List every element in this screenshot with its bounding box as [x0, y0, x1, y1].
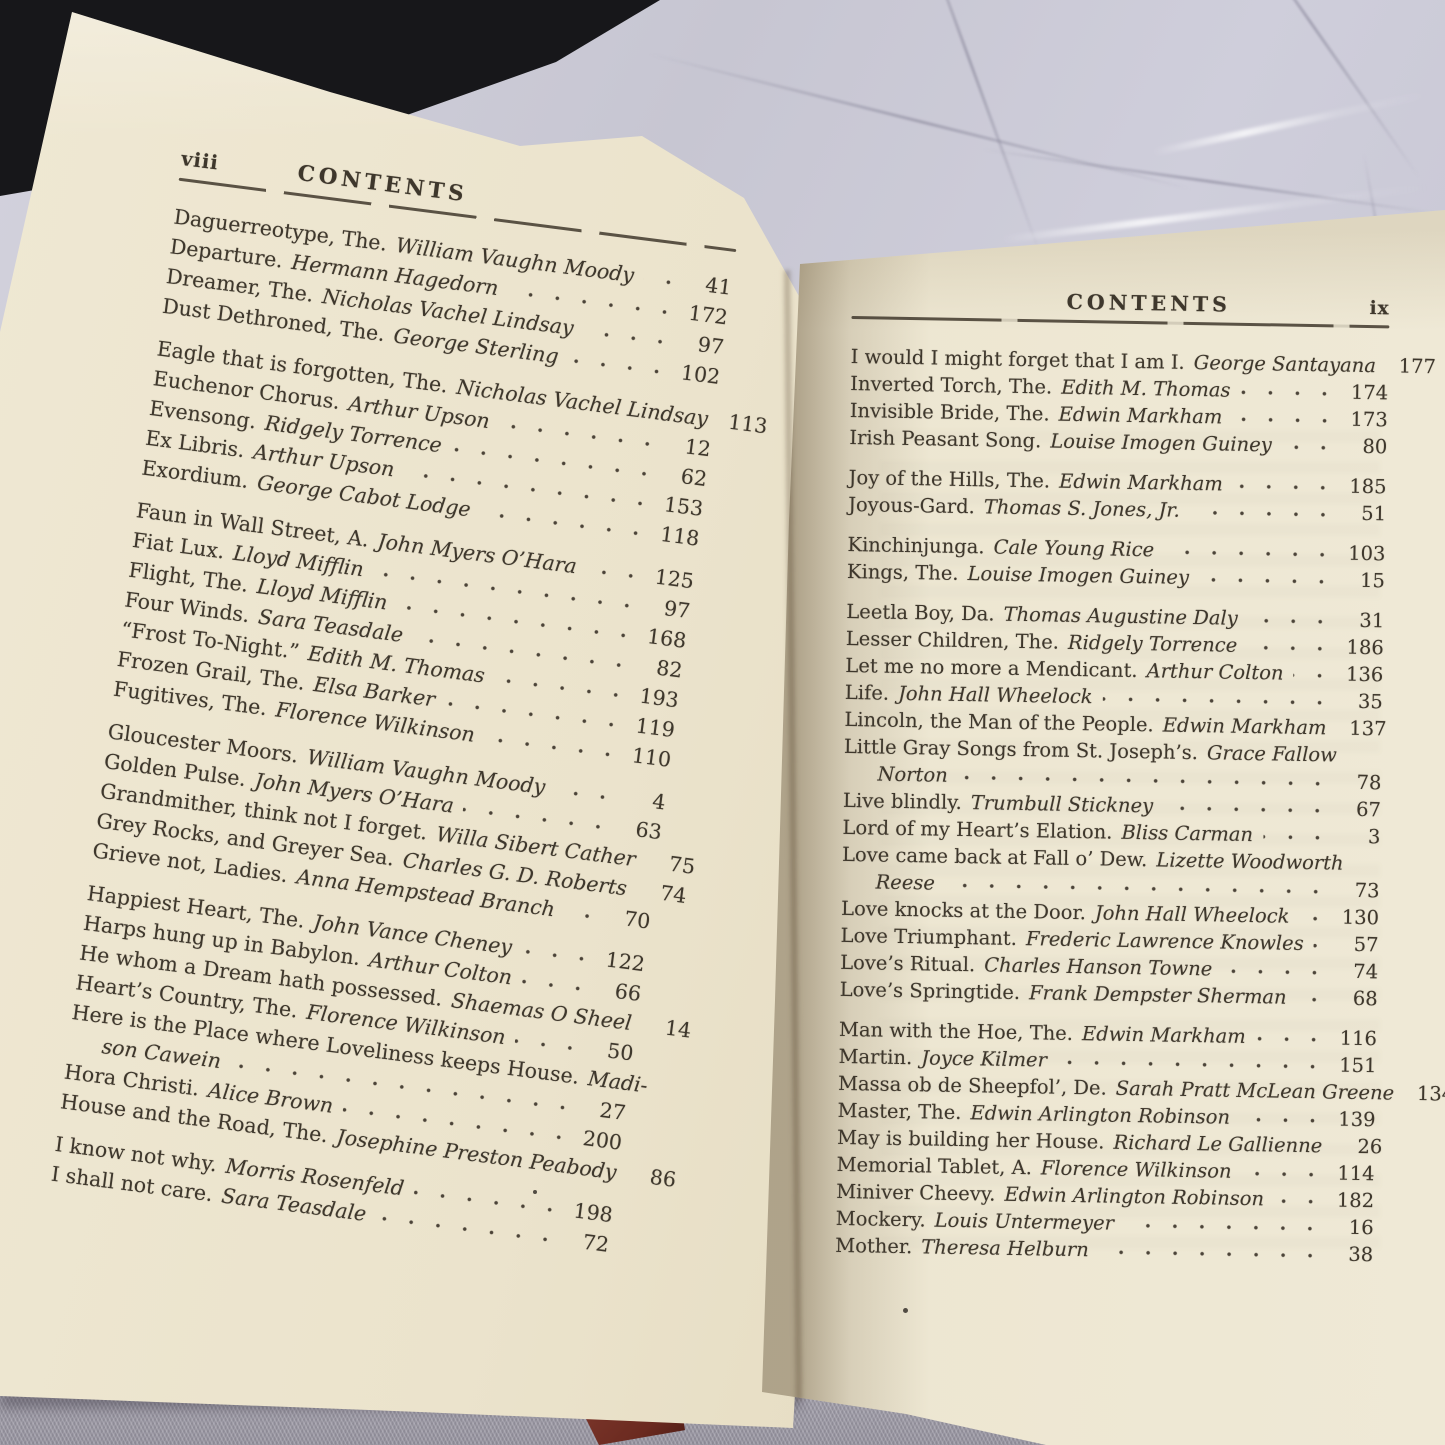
entry-author: Florence Wilkinson	[1041, 1156, 1232, 1182]
entry-author: Reese	[875, 870, 935, 894]
entry-author: George Santayana	[1194, 350, 1377, 376]
entry-author: Edwin Markham	[1058, 402, 1222, 428]
dot-leader	[1282, 437, 1338, 457]
book-photo-scene: viii CONTENTS Daguerreotype, The.William…	[0, 0, 1445, 1445]
entry-page-number: 74	[639, 878, 688, 908]
entry-page-number: 15	[1339, 568, 1385, 592]
entry-title: Love Triumphant.	[840, 923, 1017, 949]
entry-title: Man with the Hoe, The.	[839, 1017, 1073, 1044]
entry-author: Arthur Colton	[1146, 659, 1283, 684]
entry-author: Theresa Helburn	[921, 1235, 1089, 1261]
dot-leader	[958, 767, 1332, 793]
entry-author: Ridgely Torrence	[1068, 630, 1238, 656]
entry-title: Let me no more a Mendicant.	[845, 653, 1138, 681]
entry-page-number: 185	[1340, 474, 1386, 498]
entry-page-number: 72	[562, 1227, 611, 1257]
dot-leader	[1240, 382, 1338, 403]
entry-author: Thomas S. Jones, Jr.	[984, 495, 1180, 521]
entry-title: Memorial Tablet, A.	[836, 1152, 1032, 1178]
entry-page-number: 82	[635, 652, 684, 682]
dot-leader	[635, 882, 638, 902]
entry-title: Love’s Springtide.	[840, 977, 1021, 1003]
dot-leader	[520, 971, 592, 1000]
entry-title: Lord of my Heart’s Elation.	[842, 815, 1112, 843]
entry-title: Master, The.	[837, 1098, 961, 1123]
entry-page-number: 193	[631, 682, 680, 712]
dot-leader	[553, 781, 616, 809]
entry-title: Invisible Bride, The.	[850, 398, 1050, 424]
entry-title: Live blindly.	[843, 788, 962, 813]
right-page-lines: I would I might forget that I am I.Georg…	[835, 344, 1389, 1269]
entry-page-number: 66	[594, 976, 643, 1006]
right-page-text: CONTENTS ix I would I might forget that …	[835, 286, 1390, 1270]
entry-author: Frank Dempster Sherman	[1029, 981, 1287, 1008]
entry-page-number: 80	[1341, 434, 1387, 458]
entry-page-number: 12	[664, 431, 713, 461]
entry-title: Life.	[845, 680, 890, 704]
dot-leader	[945, 875, 1330, 901]
dot-leader	[642, 269, 683, 294]
entry-page-number: 173	[1342, 407, 1388, 431]
entry-title: Lincoln, the Man of the People.	[844, 707, 1154, 735]
dot-leader	[520, 941, 596, 971]
entry-page-number: 151	[1330, 1053, 1376, 1077]
entry-title: Miniver Cheevy.	[836, 1179, 996, 1205]
entry-title: Love knocks at the Door.	[841, 896, 1086, 923]
entry-page-number: 75	[648, 849, 697, 879]
entry-page-number: 130	[1333, 905, 1379, 929]
entry-page-number: 116	[1331, 1026, 1377, 1050]
entry-author: Edwin Arlington Robinson	[1004, 1182, 1264, 1210]
entry-page-number: 182	[1328, 1188, 1374, 1212]
entry-title: Leetla Boy, Da.	[846, 599, 995, 625]
entry-title: Kings, The.	[847, 559, 959, 584]
entry-page-number: 35	[1337, 689, 1383, 713]
entry-page-number: 168	[639, 623, 688, 653]
entry-author: Trumbull Stickney	[971, 791, 1154, 817]
entry-title: I would I might forget that I am I.	[851, 344, 1185, 373]
entry-author: Edwin Markham	[1163, 713, 1327, 739]
entry-page-number: 200	[575, 1125, 624, 1155]
dot-leader	[1199, 569, 1335, 591]
entry-title: Mother.	[835, 1233, 912, 1257]
toc-section-J: Joy of the Hills, The.Edwin Markham185Jo…	[848, 465, 1387, 528]
entry-author: Edwin Arlington Robinson	[970, 1101, 1230, 1129]
entry-title: Love’s Ritual.	[840, 950, 975, 975]
entry-page-number: 137	[1340, 716, 1386, 740]
dot-leader	[514, 1031, 585, 1060]
entry-page-number: 3	[1334, 824, 1380, 848]
entry-page-number: 73	[1333, 878, 1379, 902]
dot-leader	[1232, 409, 1338, 430]
entry-title: Massa ob de Sheepfol’, De.	[838, 1071, 1107, 1099]
entry-title: Joy of the Hills, The.	[848, 465, 1050, 492]
entry-page-number: 16	[1327, 1215, 1373, 1239]
entry-author: Edwin Markham	[1059, 469, 1223, 495]
entry-page-number: 139	[1329, 1107, 1375, 1131]
dot-leader	[1164, 542, 1336, 564]
entry-page-number: 97	[677, 329, 726, 359]
entry-author: Grace Fallow	[1207, 741, 1337, 766]
entry-page-number: 38	[1327, 1242, 1373, 1266]
entry-page-number: 67	[1335, 797, 1381, 821]
entry-page-number: 70	[603, 903, 652, 933]
entry-author: Louis Untermeyer	[934, 1208, 1114, 1234]
dot-leader	[1256, 1028, 1328, 1049]
entry-page-number: 51	[1340, 501, 1386, 525]
toc-section-K: Kinchinjunga.Cale Young Rice103Kings, Th…	[847, 532, 1386, 595]
entry-author: Frederic Lawrence Knowles	[1026, 927, 1304, 955]
entry-title: Martin.	[838, 1044, 912, 1068]
dust-speck	[903, 1308, 908, 1313]
entry-page-number: 119	[628, 712, 677, 742]
entry-page-number: 125	[647, 563, 696, 593]
entry-page-number: 41	[684, 270, 733, 300]
entry-title: Little Gray Songs from St. Joseph’s.	[844, 734, 1198, 763]
entry-author: Louise Imogen Guiney	[1050, 429, 1272, 456]
entry-page-number: 102	[673, 359, 722, 389]
entry-page-number: 4	[618, 784, 667, 814]
entry-page-number: 198	[566, 1197, 615, 1227]
dot-leader	[1099, 1242, 1324, 1265]
entry-title: Love came back at Fall o’ Dew.	[842, 842, 1148, 870]
entry-author: Norton	[877, 762, 948, 786]
dot-leader	[644, 853, 647, 873]
entry-page-number: 50	[586, 1035, 635, 1065]
dot-leader	[1057, 1052, 1327, 1076]
entry-author: Thomas Augustine Daly	[1003, 602, 1238, 629]
dust-speck	[533, 1190, 537, 1194]
entry-author: Cale Young Rice	[993, 535, 1154, 561]
entry-author: John Hall Wheelock	[898, 681, 1093, 707]
entry-author: Louise Imogen Guiney	[967, 562, 1189, 589]
entry-author: Edith M. Thomas	[1061, 375, 1231, 401]
dot-leader	[1299, 908, 1329, 928]
entry-page-number: 63	[615, 814, 664, 844]
entry-page-number: 74	[1332, 959, 1378, 983]
dot-leader	[1102, 689, 1333, 713]
dot-leader	[585, 560, 645, 588]
entry-page-number: 114	[1328, 1161, 1374, 1185]
dot-leader	[1296, 989, 1327, 1009]
entry-page-number: 27	[579, 1095, 628, 1125]
toc-section-I: I would I might forget that I am I.Georg…	[849, 344, 1389, 461]
entry-author: John Hall Wheelock	[1095, 901, 1290, 927]
entry-page-number: 97	[643, 593, 692, 623]
right-contents-title: CONTENTS	[1066, 290, 1231, 317]
entry-author: Joyce Kilmer	[921, 1046, 1047, 1071]
entry-title: Kinchinjunga.	[847, 532, 984, 557]
dot-leader	[1233, 476, 1337, 497]
dot-leader	[1274, 1191, 1324, 1211]
entry-page-number: 186	[1338, 635, 1384, 659]
dot-leader	[1263, 827, 1331, 848]
entry-page-number: 174	[1342, 380, 1388, 404]
entry-author: Richard Le Gallienne	[1113, 1130, 1322, 1157]
entry-author: Bliss Carman	[1121, 820, 1253, 845]
dot-leader	[1314, 935, 1329, 955]
entry-page-number: 31	[1338, 608, 1384, 632]
entry-title: Joyous-Gard.	[848, 492, 975, 517]
dot-leader	[1222, 961, 1328, 982]
entry-page-number: 103	[1339, 541, 1385, 565]
dot-leader	[1240, 1109, 1326, 1130]
entry-author: Sarah Pratt McLean Greene	[1116, 1076, 1395, 1104]
dot-leader	[1293, 665, 1333, 685]
entry-page-number: 68	[1331, 986, 1377, 1010]
entry-page-number: 122	[598, 946, 647, 976]
entry-title: Irish Peasant Song.	[849, 425, 1041, 451]
entry-page-number: 110	[624, 742, 673, 772]
entry-title: Inverted Torch, The.	[850, 371, 1052, 398]
entry-page-number: 57	[1332, 932, 1378, 956]
entry-page-number: 134	[1408, 1081, 1445, 1105]
entry-title: May is building her House.	[837, 1125, 1105, 1153]
dot-leader	[1247, 637, 1334, 658]
entry-title: Mockery.	[836, 1206, 926, 1231]
toc-section-L: Leetla Boy, Da.Thomas Augustine Daly31Le…	[839, 599, 1384, 1013]
entry-page-number: 153	[656, 491, 705, 521]
dot-leader	[1124, 1215, 1324, 1238]
dot-leader	[563, 903, 601, 928]
dot-leader	[1190, 502, 1337, 524]
toc-section-M: Man with the Hoe, The.Edwin Markham116Ma…	[835, 1017, 1377, 1269]
entry-author: Lizette Woodworth	[1156, 848, 1344, 874]
entry-author: Edwin Markham	[1082, 1022, 1246, 1048]
entry-page-number: 62	[660, 461, 709, 491]
right-folio: ix	[1231, 296, 1390, 320]
dot-leader	[1163, 798, 1331, 820]
entry-page-number: 26	[1336, 1134, 1382, 1158]
dot-leader	[1241, 1163, 1324, 1184]
entry-page-number: 78	[1335, 770, 1381, 794]
entry-page-number: 136	[1337, 662, 1383, 686]
dot-leader	[1248, 610, 1335, 631]
entry-title: Lesser Children, The.	[846, 626, 1059, 653]
entry-author: Charles Hanson Towne	[984, 953, 1213, 980]
entry-page-number: 118	[652, 521, 701, 551]
entry-page-number: 177	[1390, 354, 1436, 378]
entry-page-number: 172	[681, 299, 730, 329]
